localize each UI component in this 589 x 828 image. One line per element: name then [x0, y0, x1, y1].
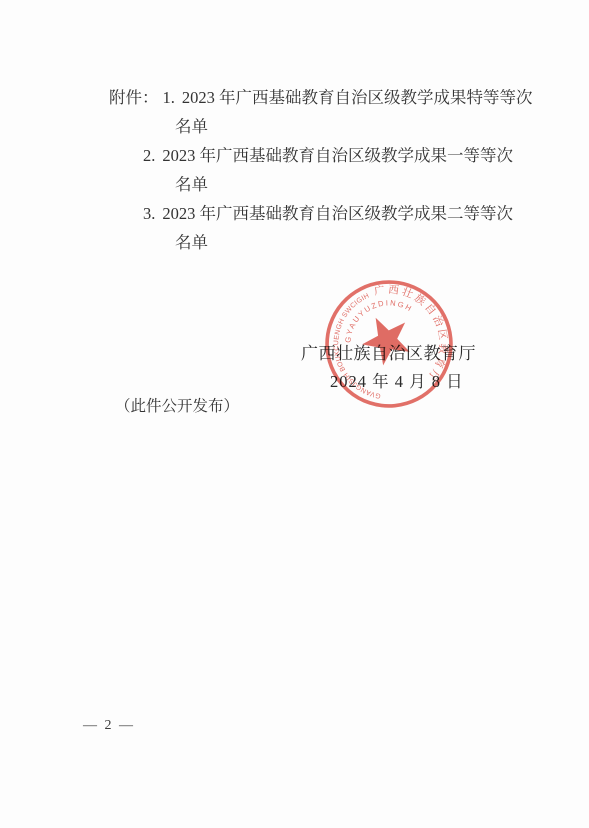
attachment-item-3-text: 2023 年广西基础教育自治区级教学成果二等等次 — [162, 204, 513, 223]
attachment-item-3-line-1: 3.2023 年广西基础教育自治区级教学成果二等等次 — [143, 204, 513, 224]
attachment-item-3-continuation: 名单 — [175, 233, 208, 252]
attachment-item-3-number: 3. — [143, 204, 155, 223]
attachment-item-2-continuation: 名单 — [175, 175, 208, 194]
attachment-item-2-text: 2023 年广西基础教育自治区级教学成果一等等次 — [162, 146, 513, 165]
attachment-item-2-line-1: 2.2023 年广西基础教育自治区级教学成果一等等次 — [143, 146, 513, 166]
attachment-item-2-number: 2. — [143, 146, 155, 165]
attachment-item-1-number: 1. — [163, 88, 175, 107]
public-release-note: （此件公开发布） — [115, 394, 239, 416]
attachment-item-1-line-2: 名单 — [175, 117, 208, 137]
attachment-item-2-line-2: 名单 — [175, 175, 208, 195]
document-page: 附件：1.2023 年广西基础教育自治区级教学成果特等等次 名单 2.2023 … — [0, 0, 589, 828]
attachment-item-3-line-2: 名单 — [175, 233, 208, 253]
attachment-item-1-text: 2023 年广西基础教育自治区级教学成果特等等次 — [182, 88, 533, 107]
attachment-label: 附件： — [109, 88, 159, 107]
signature-issuer: 广西壮族自治区教育厅 — [301, 339, 476, 364]
svg-text:GYAUYUZDINGH: GYAUYUZDINGH — [333, 285, 417, 346]
seal-inner-latin-text: GYAUYUZDINGH — [333, 285, 417, 346]
attachment-item-1-line-1: 附件：1.2023 年广西基础教育自治区级教学成果特等等次 — [109, 88, 533, 108]
page-number: — 2 — — [83, 718, 135, 734]
signature-date: 2024 年 4 月 8 日 — [330, 368, 464, 392]
attachment-item-1-continuation: 名单 — [175, 117, 208, 136]
